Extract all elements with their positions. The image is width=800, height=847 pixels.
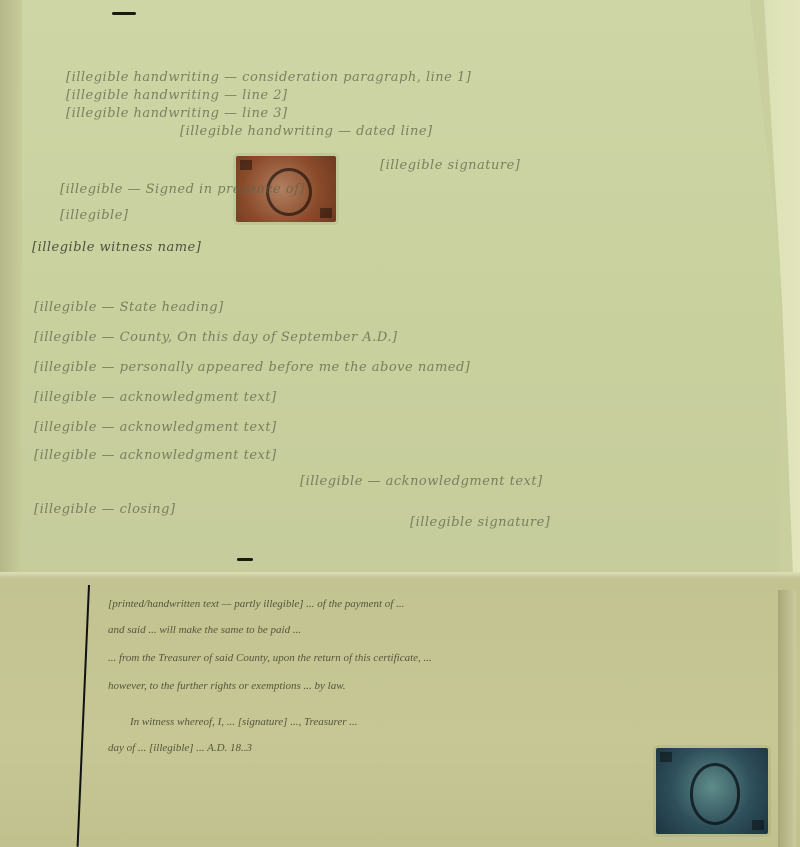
top-paragraph-line-2: [illegible handwriting — line 2] — [66, 88, 288, 103]
ack-closing: [illegible — closing] — [34, 502, 176, 517]
grantor-signature: [illegible signature] — [380, 158, 520, 173]
date-line: day of ... [illegible] ... A.D. 18..3 — [108, 742, 252, 754]
stamp-corner — [752, 820, 764, 830]
stamp-corner — [240, 160, 252, 170]
bottom-line-1: [printed/handwritten text — partly illeg… — [108, 598, 404, 610]
ack-line-1: [illegible — County, On this day of Sept… — [34, 330, 398, 345]
ack-state-heading: [illegible — State heading] — [34, 300, 224, 315]
witness-label: [illegible — Signed in presence of] — [60, 182, 305, 197]
bottom-line-3: ... from the Treasurer of said County, u… — [108, 652, 432, 664]
ack-line-6: [illegible — acknowledgment text] — [300, 474, 543, 489]
top-date-line: [illegible handwriting — dated line] — [180, 124, 433, 139]
top-paragraph-line-3: [illegible handwriting — line 3] — [66, 106, 288, 121]
ack-line-2: [illegible — personally appeared before … — [34, 360, 470, 375]
ink-mark — [112, 12, 136, 15]
bottom-line-2: and said ... will make the same to be pa… — [108, 624, 301, 636]
ink-mark — [237, 558, 253, 561]
top-paragraph-line-1: [illegible handwriting — consideration p… — [66, 70, 471, 85]
ack-line-3: [illegible — acknowledgment text] — [34, 390, 277, 405]
stamp-corner — [660, 752, 672, 762]
witness-line: [illegible] — [60, 208, 128, 223]
stamp-medallion-icon — [690, 763, 741, 824]
stamp-corner — [320, 208, 332, 218]
treasurer-witness-line: In witness whereof, I, ... [signature] .… — [130, 716, 358, 728]
officer-signature: [illegible signature] — [410, 515, 550, 530]
right-paper-edge — [778, 590, 796, 847]
ack-line-4: [illegible — acknowledgment text] — [34, 420, 277, 435]
witness-name: [illegible witness name] — [32, 240, 201, 255]
ack-line-5: [illegible — acknowledgment text] — [34, 448, 277, 463]
bottom-line-4: however, to the further rights or exempt… — [108, 680, 346, 692]
top-document-sheet — [22, 0, 780, 580]
revenue-stamp-blue — [656, 748, 768, 834]
